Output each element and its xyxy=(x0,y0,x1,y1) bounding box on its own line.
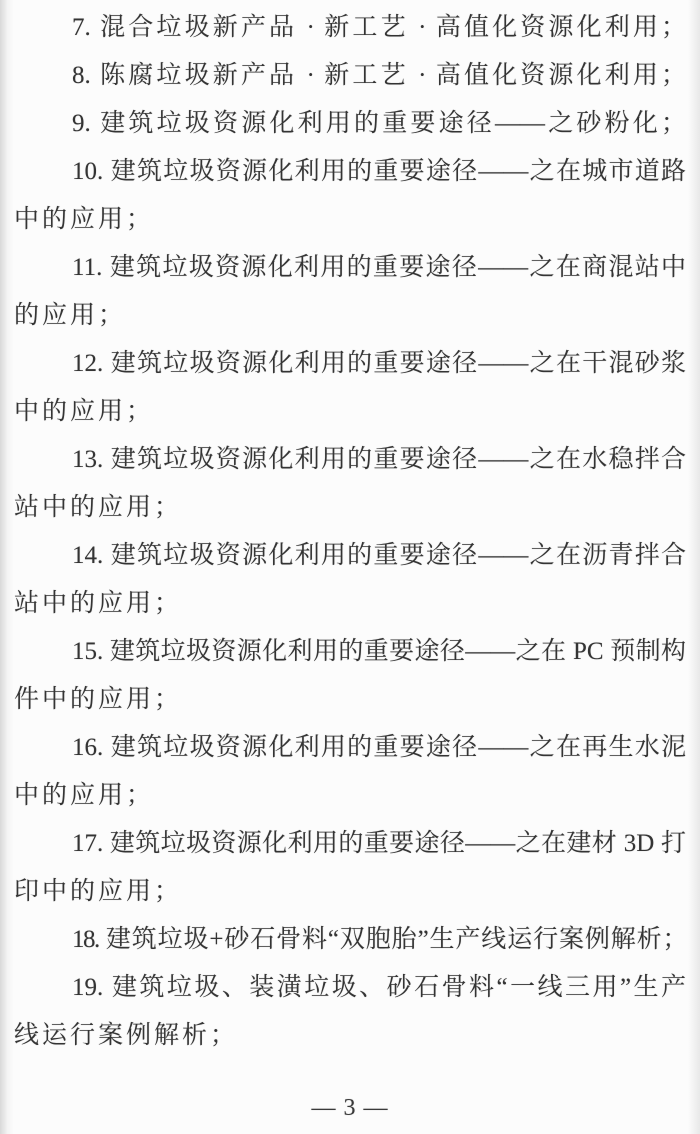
list-item-line: 11. 建筑垃圾资源化利用的重要途径——之在商混站中 xyxy=(14,244,686,292)
list-item-line: 13. 建筑垃圾资源化利用的重要途径——之在水稳拌合 xyxy=(14,436,686,484)
list-item-line: 15. 建筑垃圾资源化利用的重要途径——之在 PC 预制构 xyxy=(14,628,686,676)
list-item: 15. 建筑垃圾资源化利用的重要途径——之在 PC 预制构 件中的应用； xyxy=(14,628,686,724)
list-item-line: 16. 建筑垃圾资源化利用的重要途径——之在再生水泥 xyxy=(14,724,686,772)
list-item-line: 14. 建筑垃圾资源化利用的重要途径——之在沥青拌合 xyxy=(14,532,686,580)
page-number: — 3 — xyxy=(0,1090,700,1126)
list-item-line: 线运行案例解析； xyxy=(14,1012,686,1060)
list-item-line: 中的应用； xyxy=(14,388,686,436)
list-item: 19. 建筑垃圾、装潢垃圾、砂石骨料“一线三用”生产 线运行案例解析； xyxy=(14,964,686,1060)
list-item-line: 17. 建筑垃圾资源化利用的重要途径——之在建材 3D 打 xyxy=(14,820,686,868)
list-item-line: 印中的应用； xyxy=(14,868,686,916)
list-item-line: 10. 建筑垃圾资源化利用的重要途径——之在城市道路 xyxy=(14,148,686,196)
numbered-list: 7. 混合垃圾新产品 · 新工艺 · 高值化资源化利用； 8. 陈腐垃圾新产品 … xyxy=(14,4,686,1060)
list-item-line: 8. 陈腐垃圾新产品 · 新工艺 · 高值化资源化利用； xyxy=(14,52,686,100)
list-item: 17. 建筑垃圾资源化利用的重要途径——之在建材 3D 打 印中的应用； xyxy=(14,820,686,916)
list-item: 10. 建筑垃圾资源化利用的重要途径——之在城市道路 中的应用； xyxy=(14,148,686,244)
list-item-line: 站中的应用； xyxy=(14,580,686,628)
list-item: 9. 建筑垃圾资源化利用的重要途径——之砂粉化； xyxy=(14,100,686,148)
list-item: 8. 陈腐垃圾新产品 · 新工艺 · 高值化资源化利用； xyxy=(14,52,686,100)
list-item: 7. 混合垃圾新产品 · 新工艺 · 高值化资源化利用； xyxy=(14,4,686,52)
list-item-line: 18. 建筑垃圾+砂石骨料“双胞胎”生产线运行案例解析； xyxy=(14,916,686,964)
list-item-line: 9. 建筑垃圾资源化利用的重要途径——之砂粉化； xyxy=(14,100,686,148)
list-item: 13. 建筑垃圾资源化利用的重要途径——之在水稳拌合 站中的应用； xyxy=(14,436,686,532)
list-item: 16. 建筑垃圾资源化利用的重要途径——之在再生水泥 中的应用； xyxy=(14,724,686,820)
list-item: 14. 建筑垃圾资源化利用的重要途径——之在沥青拌合 站中的应用； xyxy=(14,532,686,628)
list-item-line: 19. 建筑垃圾、装潢垃圾、砂石骨料“一线三用”生产 xyxy=(14,964,686,1012)
list-item-line: 站中的应用； xyxy=(14,484,686,532)
list-item-line: 7. 混合垃圾新产品 · 新工艺 · 高值化资源化利用； xyxy=(14,4,686,52)
list-item-line: 件中的应用； xyxy=(14,676,686,724)
list-item: 11. 建筑垃圾资源化利用的重要途径——之在商混站中 的应用； xyxy=(14,244,686,340)
list-item-line: 中的应用； xyxy=(14,772,686,820)
list-item: 18. 建筑垃圾+砂石骨料“双胞胎”生产线运行案例解析； xyxy=(14,916,686,964)
list-item-line: 的应用； xyxy=(14,292,686,340)
list-item-line: 中的应用； xyxy=(14,196,686,244)
document-page: 7. 混合垃圾新产品 · 新工艺 · 高值化资源化利用； 8. 陈腐垃圾新产品 … xyxy=(0,0,700,1134)
list-item-line: 12. 建筑垃圾资源化利用的重要途径——之在干混砂浆 xyxy=(14,340,686,388)
list-item: 12. 建筑垃圾资源化利用的重要途径——之在干混砂浆 中的应用； xyxy=(14,340,686,436)
